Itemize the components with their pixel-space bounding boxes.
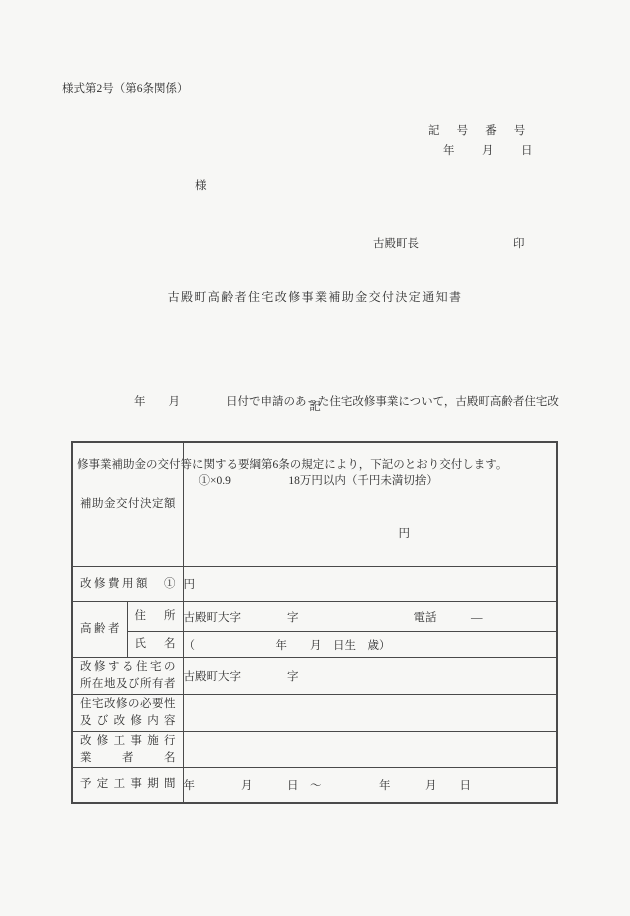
value-cell-grant-amount: ①×0.9 18万円以内（千円未満切捨） 円 xyxy=(183,442,557,567)
table-row-renovation-cost: 改修費用額 ① 円 xyxy=(72,567,557,602)
value-cell-house-location: 古殿町大字 字 xyxy=(183,658,557,695)
label-text: 補助金交付決定額 xyxy=(73,496,183,513)
table-row-elder-address: 高齢者 住所 古殿町大字 字 電話 ― xyxy=(72,602,557,632)
label-text: 改修費用額 ① xyxy=(73,576,183,593)
label-cell-address: 住所 xyxy=(127,602,183,632)
value-cell-work-period: 年 月 日 〜 年 月 日 xyxy=(183,768,557,803)
table-row-contractor: 改修工事施行 業者名 xyxy=(72,732,557,768)
label-text: 氏名 xyxy=(128,636,183,653)
sender-line: 古殿町長 印 xyxy=(0,237,630,251)
value-cell-contractor xyxy=(183,732,557,768)
table-row-house-location: 改修する住宅の 所在地及び所有者 古殿町大字 字 xyxy=(72,658,557,695)
table-row-grant-amount: 補助金交付決定額 ①×0.9 18万円以内（千円未満切捨） 円 xyxy=(72,442,557,567)
date-line: 年 月 日 xyxy=(443,144,534,158)
table-row-work-period: 予定工事期間 年 月 日 〜 年 月 日 xyxy=(72,768,557,803)
label-text: 高齢者 xyxy=(73,621,127,638)
label-cell-necessity: 住宅改修の必要性 及び改修内容 xyxy=(72,695,183,732)
label-cell-name: 氏名 xyxy=(127,632,183,658)
label-cell-contractor: 改修工事施行 業者名 xyxy=(72,732,183,768)
table-row-elder-name: 氏名 （ 年 月 日生 歳） xyxy=(72,632,557,658)
grant-formula-text: ①×0.9 18万円以内（千円未満切捨） xyxy=(184,474,557,489)
label-text: 改修する住宅の 所在地及び所有者 xyxy=(73,659,183,693)
label-text: 予定工事期間 xyxy=(73,776,183,793)
value-cell-name: （ 年 月 日生 歳） xyxy=(183,632,557,658)
document-title: 古殿町高齢者住宅改修事業補助金交付決定通知書 xyxy=(0,290,630,304)
label-cell-renovation-cost: 改修費用額 ① xyxy=(72,567,183,602)
grant-unit-text: 円 xyxy=(184,527,557,542)
value-cell-address: 古殿町大字 字 電話 ― xyxy=(183,602,557,632)
label-cell-grant-amount: 補助金交付決定額 xyxy=(72,442,183,567)
record-heading: 記 xyxy=(0,400,630,414)
label-cell-elder-group: 高齢者 xyxy=(72,602,127,658)
notice-document-page: 様式第2号（第6条関係） 記 号 番 号 年 月 日 様 古殿町長 印 古殿町高… xyxy=(0,0,630,916)
label-text: 住宅改修の必要性 及び改修内容 xyxy=(73,696,183,730)
label-text: 改修工事施行 業者名 xyxy=(73,733,183,767)
label-cell-house-location: 改修する住宅の 所在地及び所有者 xyxy=(72,658,183,695)
value-cell-renovation-cost: 円 xyxy=(183,567,557,602)
sender-title: 古殿町長 xyxy=(373,237,419,251)
grant-decision-table: 補助金交付決定額 ①×0.9 18万円以内（千円未満切捨） 円 改修費用額 ① … xyxy=(71,441,558,804)
table-row-necessity: 住宅改修の必要性 及び改修内容 xyxy=(72,695,557,732)
seal-mark: 印 xyxy=(513,237,525,251)
label-text: 住所 xyxy=(128,608,183,625)
value-cell-necessity xyxy=(183,695,557,732)
addressee-honorific: 様 xyxy=(195,179,207,193)
reference-number-label: 記 号 番 号 xyxy=(428,124,528,138)
label-cell-work-period: 予定工事期間 xyxy=(72,768,183,803)
form-number: 様式第2号（第6条関係） xyxy=(62,82,189,96)
